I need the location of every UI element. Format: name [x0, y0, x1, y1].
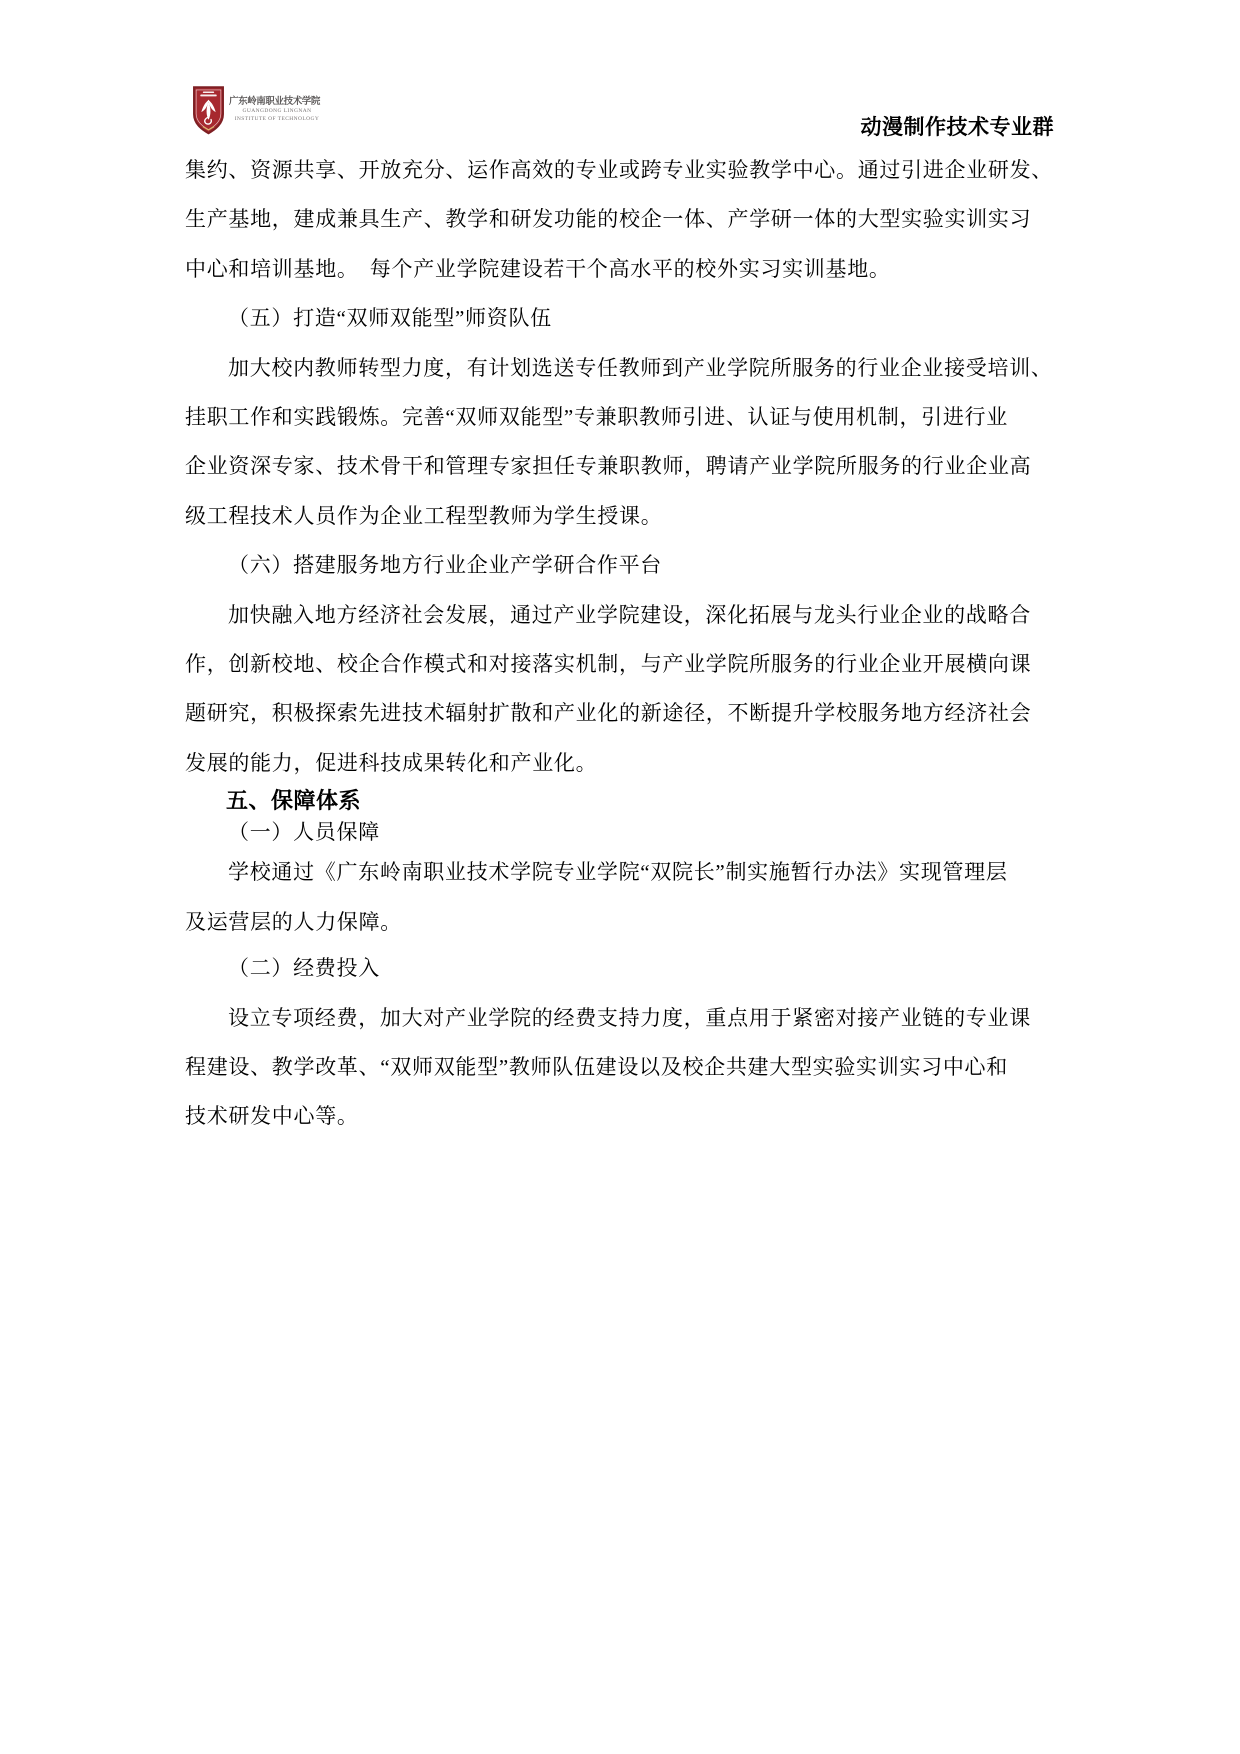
school-name-en-line1: GUANGDONG LINGNAN [229, 108, 325, 115]
badge-text-bar [200, 95, 217, 97]
paragraph-training-centers: 集约、资源共享、开放充分、运作高效的专业或跨专业实验教学中心。通过引进企业研发、… [185, 146, 1090, 294]
document-page: 广东岭南职业技术学院 GUANGDONG LINGNAN INSTITUTE O… [0, 0, 1240, 1754]
subheading-2-funding-input: （二）经费投入 [185, 944, 1090, 993]
paragraph-funding-input: 设立专项经费，加大对产业学院的经费支持力度，重点用于紧密对接产业链的专业课 程建… [185, 994, 1090, 1142]
header-title: 动漫制作技术专业群 [861, 117, 1055, 139]
school-name-en-line2: INSTITUTE OF TECHNOLOGY [229, 116, 325, 123]
document-body: 集约、资源共享、开放充分、运作高效的专业或跨专业实验教学中心。通过引进企业研发、… [185, 146, 1090, 1142]
school-name-cn: 广东岭南职业技术学院 [229, 96, 325, 107]
subheading-6-industry-cooperation-platform: （六）搭建服务地方行业企业产学研合作平台 [185, 541, 1090, 590]
subheading-5-dual-qualified-faculty: （五）打造“双师双能型”师资队伍 [185, 294, 1090, 343]
paragraph-regional-cooperation: 加快融入地方经济社会发展，通过产业学院建设，深化拓展与龙头行业企业的战略合 作，… [185, 591, 1090, 789]
paragraph-teacher-development: 加大校内教师转型力度，有计划选送专任教师到产业学院所服务的行业企业接受培训、 挂… [185, 344, 1090, 542]
section-title-5-guarantee-system: 五、保障体系 [185, 783, 1090, 818]
school-logo-shield-icon [192, 85, 225, 135]
subheading-1-personnel-guarantee: （一）人员保障 [185, 814, 1090, 851]
school-logo-text: 广东岭南职业技术学院 GUANGDONG LINGNAN INSTITUTE O… [229, 96, 325, 122]
paragraph-personnel-guarantee: 学校通过《广东岭南职业技术学院专业学院“双院长”制实施暂行办法》实现管理层 及运… [185, 848, 1090, 947]
badge-text-bar [203, 91, 214, 93]
